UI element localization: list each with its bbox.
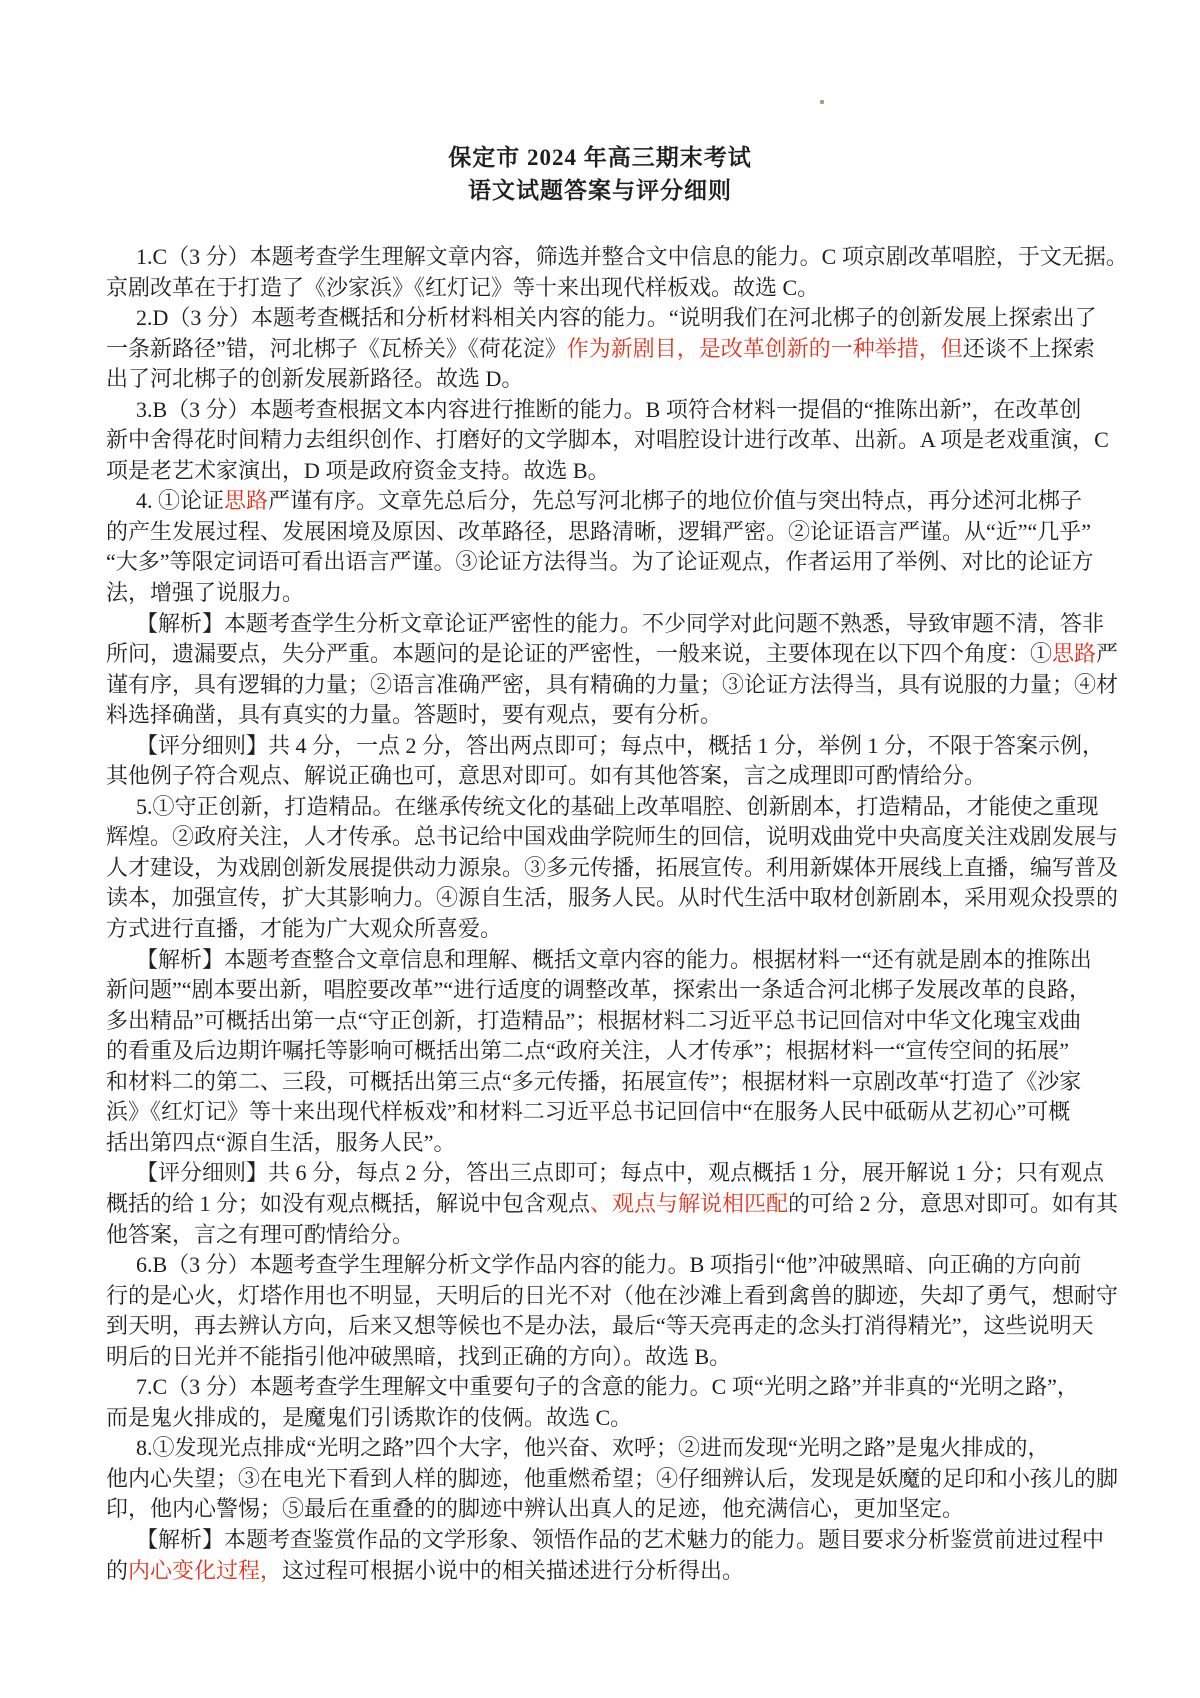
text-segment: 6.B（3 分）本题考查学生理解分析文学作品内容的能力。B 项指引“他”冲破黑暗… <box>136 1252 1081 1277</box>
text-segment: 方式进行直播，才能为广大观众所喜爱。 <box>106 916 502 941</box>
text-segment: 辉煌。②政府关注，人才传承。总书记给中国戏曲学院师生的回信，说明戏曲党中央高度关… <box>106 824 1118 849</box>
exam-title: 保定市 2024 年高三期末考试 <box>0 141 1200 174</box>
text-segment: 项是老艺术家演出，D 项是政府资金支持。故选 B。 <box>106 458 610 483</box>
text-segment: 严谨有序。文章先总后分，先总写河北梆子的地位价值与突出特点，再分述河北梆子 <box>268 488 1082 513</box>
subject-subtitle: 语文试题答案与评分细则 <box>0 174 1200 207</box>
text-segment: 新问题”“剧本要出新，唱腔要改革”“进行适度的调整改革，探索出一条适合河北梆子发… <box>106 977 1091 1002</box>
text-line: 的内心变化过程，这过程可根据小说中的相关描述进行分析得出。 <box>106 1556 1098 1587</box>
text-segment: 【评分细则】共 4 分，一点 2 分，答出两点即可；每点中，概括 1 分，举例 … <box>136 733 1104 758</box>
text-line: 6.B（3 分）本题考查学生理解分析文学作品内容的能力。B 项指引“他”冲破黑暗… <box>106 1250 1098 1281</box>
text-line: 2.D（3 分）本题考查概括和分析材料相关内容的能力。“说明我们在河北梆子的创新… <box>106 303 1098 334</box>
text-line: 【评分细则】共 4 分，一点 2 分，答出两点即可；每点中，概括 1 分，举例 … <box>106 731 1098 762</box>
highlighted-text: 、观点与解说相匹配 <box>590 1191 788 1216</box>
text-line: 方式进行直播，才能为广大观众所喜爱。 <box>106 914 1098 945</box>
highlighted-text: 思路 <box>224 488 268 513</box>
text-line: 料选择确凿，具有真实的力量。答题时，要有观点，要有分析。 <box>106 700 1098 731</box>
text-segment: 新中舍得花时间精力去组织创作、打磨好的文学脚本，对唱腔设计进行改革、出新。A 项… <box>106 427 1109 452</box>
text-line: 的看重及后边期许嘱托等影响可概括出第二点“政府关注，人才传承”；根据材料一“宣传… <box>106 1036 1098 1067</box>
text-line: 1.C（3 分）本题考查学生理解文章内容，筛选并整合文中信息的能力。C 项京剧改… <box>106 242 1098 273</box>
text-line: 人才建设，为戏剧创新发展提供动力源泉。③多元传播，拓展宣传。利用新媒体开展线上直… <box>106 853 1098 884</box>
text-line: 明后的日光并不能指引他冲破黑暗，找到正确的方向）。故选 B。 <box>106 1342 1098 1373</box>
text-segment: 这过程可根据小说中的相关描述进行分析得出。 <box>282 1558 744 1583</box>
text-line: 的产生发展过程、发展困境及原因、改革路径，思路清晰，逻辑严密。②论证语言严谨。从… <box>106 517 1098 548</box>
text-line: 新问题”“剧本要出新，唱腔要改革”“进行适度的调整改革，探索出一条适合河北梆子发… <box>106 975 1098 1006</box>
text-line: 和材料二的第二、三段，可概括出第三点“多元传播，拓展宣传”；根据材料一京剧改革“… <box>106 1067 1098 1098</box>
text-line: 【解析】本题考查学生分析文章论证严密性的能力。不少同学对此问题不熟悉，导致审题不… <box>106 609 1098 640</box>
text-segment: “大多”等限定词语可看出语言严谨。③论证方法得当。为了论证观点，作者运用了举例、… <box>106 549 1094 574</box>
text-segment: 【评分细则】共 6 分，每点 2 分，答出三点即可；每点中，观点概括 1 分，展… <box>136 1160 1104 1185</box>
text-segment: 他答案，言之有理可酌情给分。 <box>106 1222 414 1247</box>
text-segment: 法，增强了说服力。 <box>106 580 304 605</box>
text-segment: 【解析】本题考查鉴赏作品的文学形象、领悟作品的艺术魅力的能力。题目要求分析鉴赏前… <box>136 1527 1104 1552</box>
text-line: 读本，加强宣传，扩大其影响力。④源自生活，服务人民。从时代生活中取材创新剧本，采… <box>106 883 1098 914</box>
text-line: 7.C（3 分）本题考查学生理解文中重要句子的含意的能力。C 项“光明之路”并非… <box>106 1372 1098 1403</box>
text-segment: 的 <box>106 1558 128 1583</box>
text-segment: 他内心失望；③在电光下看到人样的脚迹，他重燃希望；④仔细辨认后，发现是妖魔的足印… <box>106 1466 1118 1491</box>
stray-mark <box>820 100 824 104</box>
text-segment: 8.①发现光点排成“光明之路”四个大字，他兴奋、欢呼；②进而发现“光明之路”是鬼… <box>136 1435 1050 1460</box>
text-segment: 括出第四点“源自生活，服务人民”。 <box>106 1130 456 1155</box>
text-line: 到天明，再去辨认方向，后来又想等候也不是办法，最后“等天亮再走的念头打消得精光”… <box>106 1311 1098 1342</box>
text-line: 辉煌。②政府关注，人才传承。总书记给中国戏曲学院师生的回信，说明戏曲党中央高度关… <box>106 822 1098 853</box>
text-segment: 严 <box>1096 641 1118 666</box>
text-line: 出了河北梆子的创新发展新路径。故选 D。 <box>106 364 1098 395</box>
text-line: 【解析】本题考查整合文章信息和理解、概括文章内容的能力。根据材料一“还有就是剧本… <box>106 945 1098 976</box>
text-line: 3.B（3 分）本题考查根据文本内容进行推断的能力。B 项符合材料一提倡的“推陈… <box>106 395 1098 426</box>
text-line: 一条新路径”错，河北梆子《瓦桥关》《荷花淀》作为新剧目，是改革创新的一种举措，但… <box>106 334 1098 365</box>
page-title: 保定市 2024 年高三期末考试 语文试题答案与评分细则 <box>0 141 1200 207</box>
text-line: 所问，遗漏要点，失分严重。本题问的是论证的严密性，一般来说，主要体现在以下四个角… <box>106 639 1098 670</box>
text-segment: 的产生发展过程、发展困境及原因、改革路径，思路清晰，逻辑严密。②论证语言严谨。从… <box>106 519 1091 544</box>
text-line: 5.①守正创新，打造精品。在继承传统文化的基础上改革唱腔、创新剧本，打造精品，才… <box>106 792 1098 823</box>
text-line: 行的是心火，灯塔作用也不明显，天明后的日光不对（他在沙滩上看到禽兽的脚迹，失却了… <box>106 1281 1098 1312</box>
text-segment: 到天明，再去辨认方向，后来又想等候也不是办法，最后“等天亮再走的念头打消得精光”… <box>106 1313 1094 1338</box>
exam-answer-page: 保定市 2024 年高三期末考试 语文试题答案与评分细则 1.C（3 分）本题考… <box>0 0 1200 1698</box>
text-line: 而是鬼火排成的，是魔鬼们引诱欺诈的伎俩。故选 C。 <box>106 1403 1098 1434</box>
text-segment: 京剧改革在于打造了《沙家浜》《红灯记》等十来出现代样板戏。故选 C。 <box>106 275 819 300</box>
text-segment: 明后的日光并不能指引他冲破黑暗，找到正确的方向）。故选 B。 <box>106 1344 731 1369</box>
text-line: 京剧改革在于打造了《沙家浜》《红灯记》等十来出现代样板戏。故选 C。 <box>106 273 1098 304</box>
text-segment: 7.C（3 分）本题考查学生理解文中重要句子的含意的能力。C 项“光明之路”并非… <box>136 1374 1079 1399</box>
text-segment: 概括的给 1 分；如没有观点概括，解说中包含观点 <box>106 1191 590 1216</box>
text-line: 多出精品”可概括出第一点“守正创新，打造精品”；根据材料二习近平总书记回信对中华… <box>106 1006 1098 1037</box>
text-segment: 一条新路径”错，河北梆子《瓦桥关》《荷花淀》 <box>106 336 567 361</box>
highlighted-text: 作为新剧目，是改革创新的一种举措，但 <box>567 336 963 361</box>
text-segment: 而是鬼火排成的，是魔鬼们引诱欺诈的伎俩。故选 C。 <box>106 1405 632 1430</box>
text-line: “大多”等限定词语可看出语言严谨。③论证方法得当。为了论证观点，作者运用了举例、… <box>106 547 1098 578</box>
text-line: 概括的给 1 分；如没有观点概括，解说中包含观点、观点与解说相匹配的可给 2 分… <box>106 1189 1098 1220</box>
text-line: 括出第四点“源自生活，服务人民”。 <box>106 1128 1098 1159</box>
text-segment: 浜》《红灯记》等十来出现代样板戏”和材料二习近平总书记回信中“在服务人民中砥砺从… <box>106 1099 1070 1124</box>
document-body: 1.C（3 分）本题考查学生理解文章内容，筛选并整合文中信息的能力。C 项京剧改… <box>106 242 1098 1586</box>
text-segment: 料选择确凿，具有真实的力量。答题时，要有观点，要有分析。 <box>106 702 722 727</box>
text-segment: 读本，加强宣传，扩大其影响力。④源自生活，服务人民。从时代生活中取材创新剧本，采… <box>106 885 1118 910</box>
text-line: 项是老艺术家演出，D 项是政府资金支持。故选 B。 <box>106 456 1098 487</box>
text-segment: 印，他内心警惕；⑤最后在重叠的的脚迹中辨认出真人的足迹，他充满信心，更加坚定。 <box>106 1496 964 1521</box>
text-line: 其他例子符合观点、解说正确也可，意思对即可。如有其他答案，言之成理即可酌情给分。 <box>106 761 1098 792</box>
text-line: 新中舍得花时间精力去组织创作、打磨好的文学脚本，对唱腔设计进行改革、出新。A 项… <box>106 425 1098 456</box>
text-segment: 出了河北梆子的创新发展新路径。故选 D。 <box>106 366 523 391</box>
text-segment: 其他例子符合观点、解说正确也可，意思对即可。如有其他答案，言之成理即可酌情给分。 <box>106 763 986 788</box>
text-line: 谨有序，具有逻辑的力量；②语言准确严密，具有精确的力量；③论证方法得当，具有说服… <box>106 670 1098 701</box>
text-line: 他答案，言之有理可酌情给分。 <box>106 1220 1098 1251</box>
highlighted-text: 内心变化过程， <box>128 1558 282 1583</box>
text-segment: 3.B（3 分）本题考查根据文本内容进行推断的能力。B 项符合材料一提倡的“推陈… <box>136 397 1081 422</box>
text-segment: 4. ①论证 <box>136 488 224 513</box>
text-line: 【评分细则】共 6 分，每点 2 分，答出三点即可；每点中，观点概括 1 分，展… <box>106 1158 1098 1189</box>
text-line: 浜》《红灯记》等十来出现代样板戏”和材料二习近平总书记回信中“在服务人民中砥砺从… <box>106 1097 1098 1128</box>
text-segment: 【解析】本题考查学生分析文章论证严密性的能力。不少同学对此问题不熟悉，导致审题不… <box>136 611 1104 636</box>
text-line: 印，他内心警惕；⑤最后在重叠的的脚迹中辨认出真人的足迹，他充满信心，更加坚定。 <box>106 1494 1098 1525</box>
text-segment: 1.C（3 分）本题考查学生理解文章内容，筛选并整合文中信息的能力。C 项京剧改… <box>136 244 1128 269</box>
text-segment: 5.①守正创新，打造精品。在继承传统文化的基础上改革唱腔、创新剧本，打造精品，才… <box>136 794 1099 819</box>
text-segment: 行的是心火，灯塔作用也不明显，天明后的日光不对（他在沙滩上看到禽兽的脚迹，失却了… <box>106 1283 1118 1308</box>
text-segment: 【解析】本题考查整合文章信息和理解、概括文章内容的能力。根据材料一“还有就是剧本… <box>136 947 1092 972</box>
text-line: 8.①发现光点排成“光明之路”四个大字，他兴奋、欢呼；②进而发现“光明之路”是鬼… <box>106 1433 1098 1464</box>
text-segment: 所问，遗漏要点，失分严重。本题问的是论证的严密性，一般来说，主要体现在以下四个角… <box>106 641 1052 666</box>
text-line: 法，增强了说服力。 <box>106 578 1098 609</box>
text-line: 他内心失望；③在电光下看到人样的脚迹，他重燃希望；④仔细辨认后，发现是妖魔的足印… <box>106 1464 1098 1495</box>
text-segment: 2.D（3 分）本题考查概括和分析材料相关内容的能力。“说明我们在河北梆子的创新… <box>136 305 1097 330</box>
text-segment: 还谈不上探索 <box>963 336 1095 361</box>
text-segment: 的看重及后边期许嘱托等影响可概括出第二点“政府关注，人才传承”；根据材料一“宣传… <box>106 1038 1069 1063</box>
text-segment: 多出精品”可概括出第一点“守正创新，打造精品”；根据材料二习近平总书记回信对中华… <box>106 1008 1081 1033</box>
highlighted-text: 思路 <box>1052 641 1096 666</box>
text-segment: 谨有序，具有逻辑的力量；②语言准确严密，具有精确的力量；③论证方法得当，具有说服… <box>106 672 1118 697</box>
text-segment: 的可给 2 分，意思对即可。如有其 <box>788 1191 1118 1216</box>
text-segment: 和材料二的第二、三段，可概括出第三点“多元传播，拓展宣传”；根据材料一京剧改革“… <box>106 1069 1081 1094</box>
text-line: 【解析】本题考查鉴赏作品的文学形象、领悟作品的艺术魅力的能力。题目要求分析鉴赏前… <box>106 1525 1098 1556</box>
text-line: 4. ①论证思路严谨有序。文章先总后分，先总写河北梆子的地位价值与突出特点，再分… <box>106 486 1098 517</box>
text-segment: 人才建设，为戏剧创新发展提供动力源泉。③多元传播，拓展宣传。利用新媒体开展线上直… <box>106 855 1118 880</box>
